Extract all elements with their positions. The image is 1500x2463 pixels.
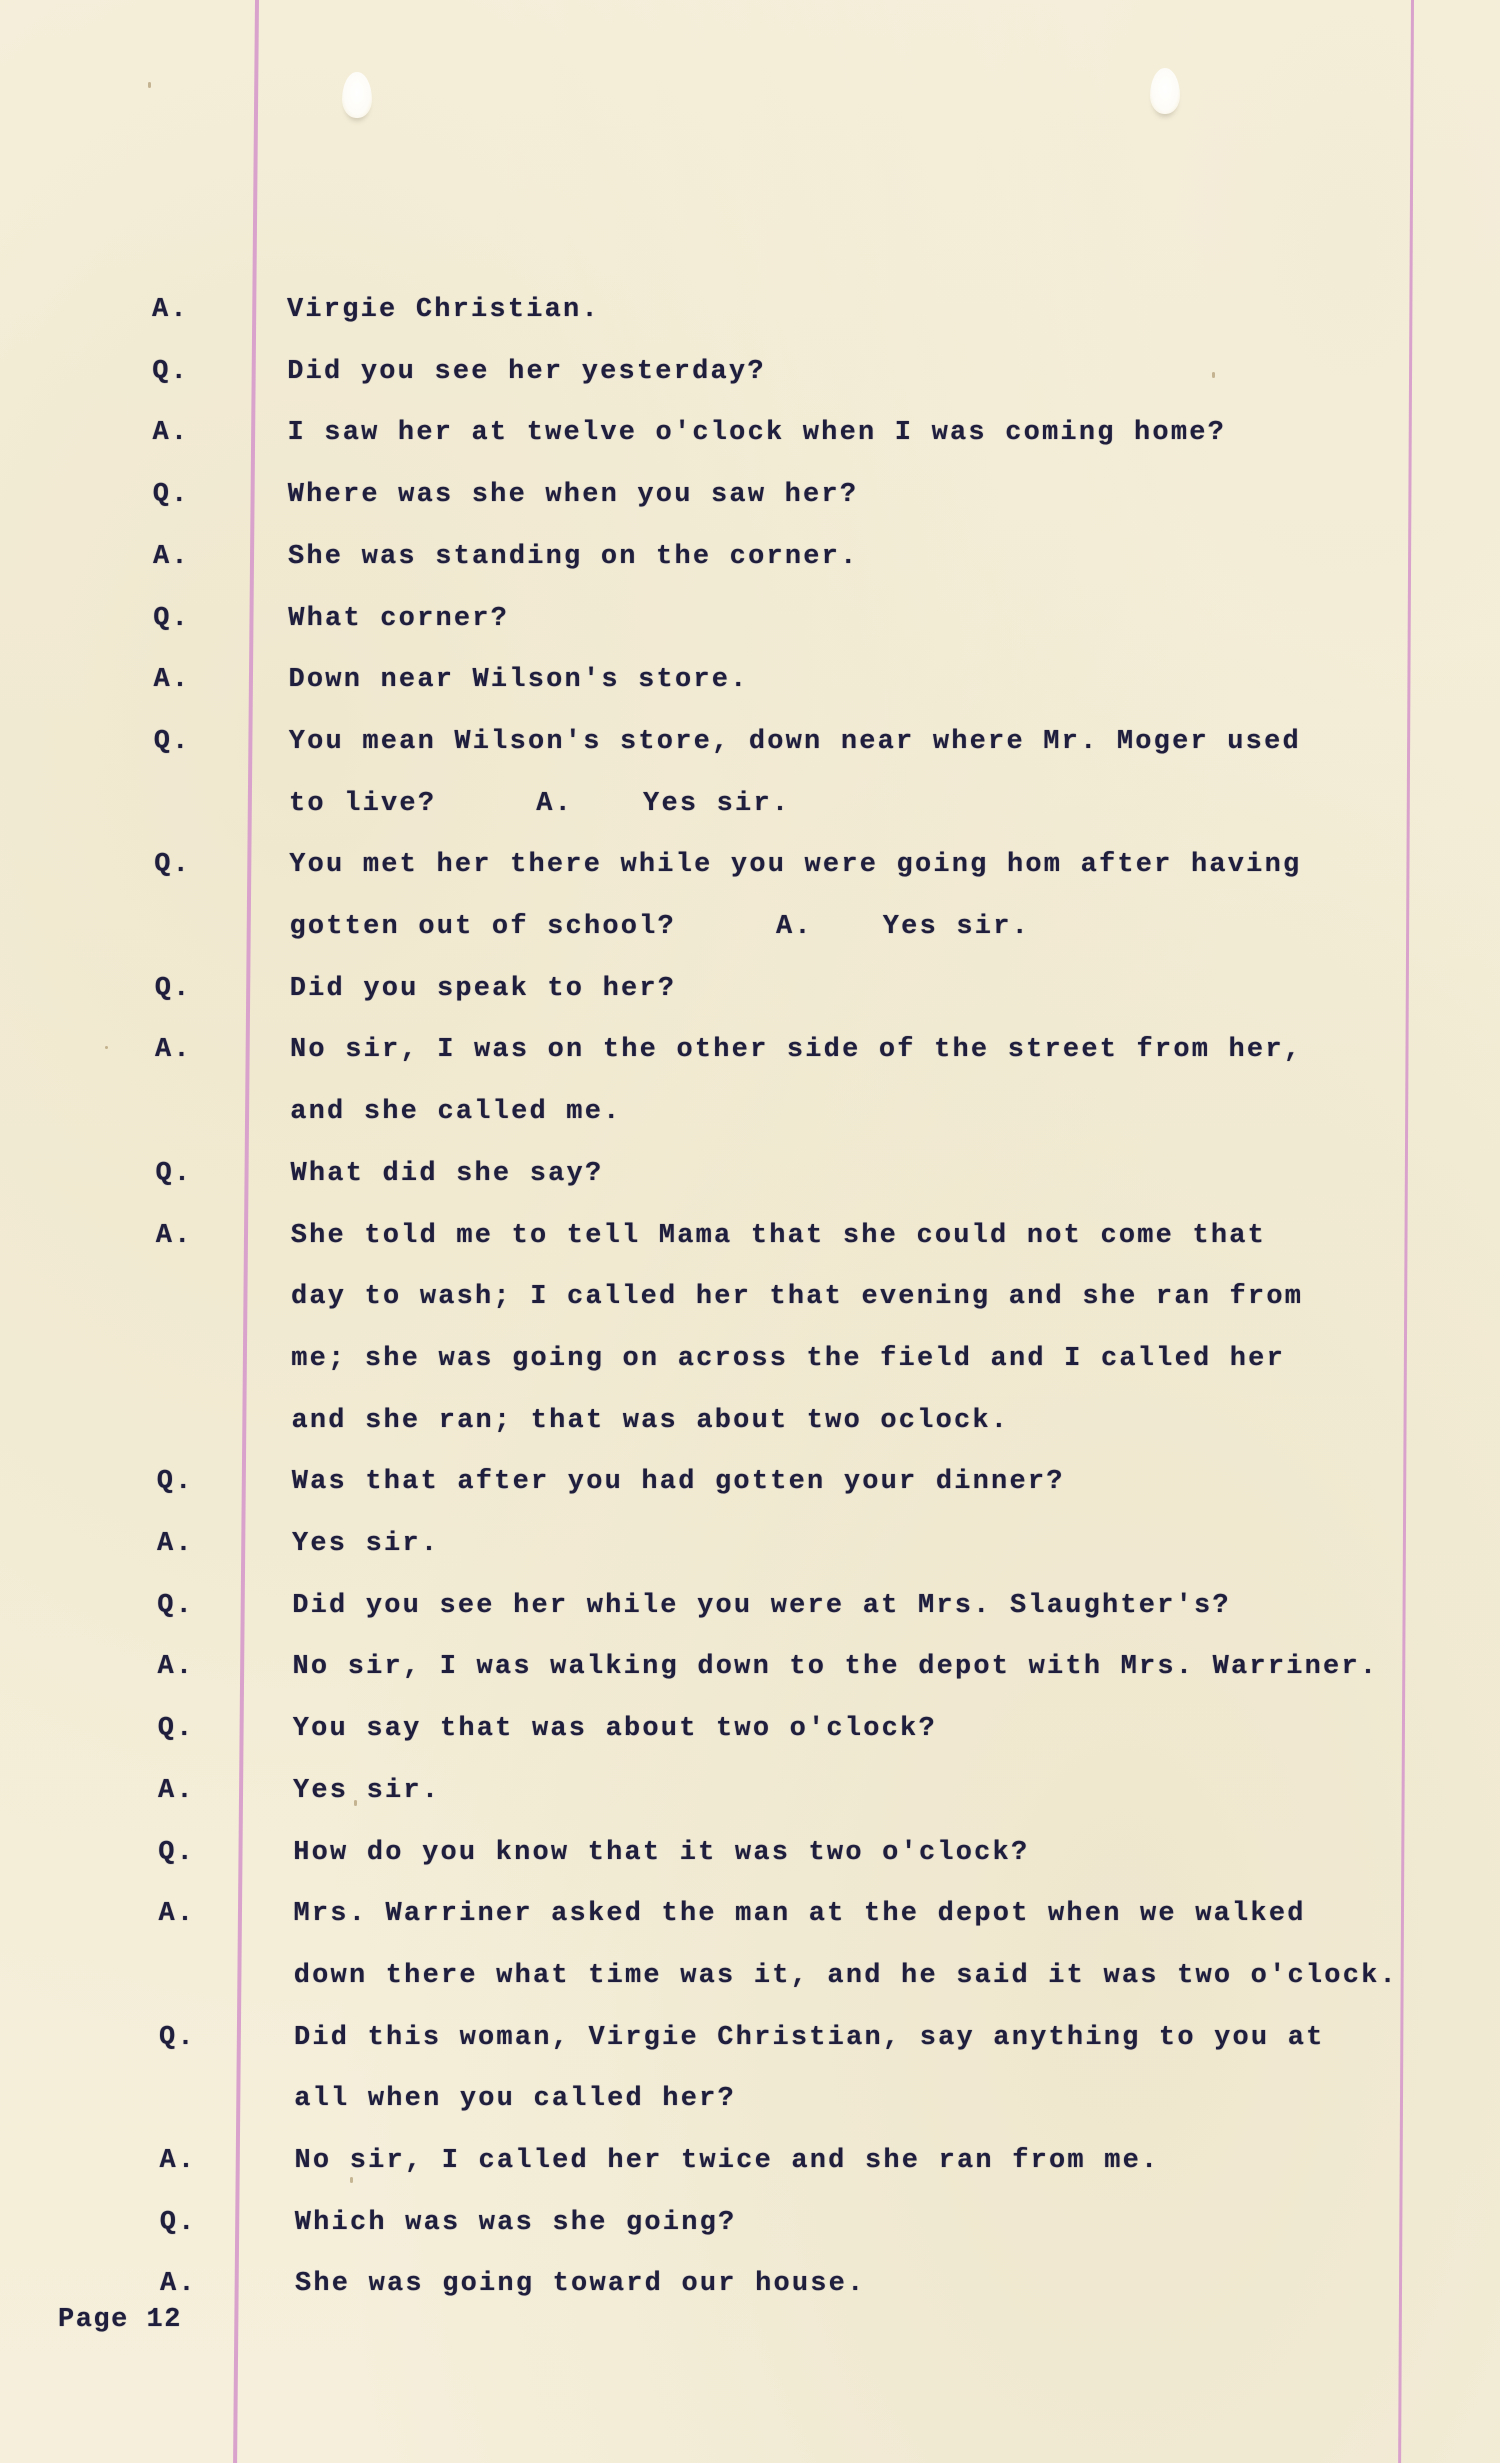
testimony-text: to live?A.Yes sir. (289, 784, 790, 824)
speaker-label: A. (160, 2264, 200, 2304)
answer-line: A.No sir, I was on the other side of the… (0, 1030, 1500, 1070)
testimony-text: and she ran; that was about two oclock. (292, 1401, 1010, 1441)
testimony-text: Was that after you had gotten your dinne… (292, 1462, 1065, 1502)
answer-line: and she called me. (0, 1092, 1500, 1132)
speaker-label: A. (157, 1524, 197, 1564)
question-line: all when you called her? (0, 2079, 1500, 2119)
line-text: gotten out of school? (290, 912, 676, 942)
line-text: You mean Wilson's store, down near where… (289, 727, 1301, 757)
testimony-text: me; she was going on across the field an… (291, 1339, 1285, 1379)
speaker-label: Q. (152, 352, 192, 392)
speaker-label: A. (153, 413, 193, 453)
line-text: How do you know that it was two o'clock? (293, 1838, 1029, 1868)
speaker-label: Q. (157, 1462, 197, 1502)
line-text: I saw her at twelve o'clock when I was c… (288, 418, 1227, 448)
line-text: day to wash; I called her that evening a… (291, 1282, 1303, 1312)
speaker-label: A. (158, 1647, 198, 1687)
inline-answer-text: Yes sir. (643, 784, 790, 824)
question-line: Q.What did she say? (0, 1154, 1500, 1194)
line-text: me; she was going on across the field an… (291, 1344, 1285, 1374)
line-text: and she called me. (290, 1097, 621, 1127)
testimony-text: No sir, I called her twice and she ran f… (295, 2141, 1160, 2181)
answer-line: A.Down near Wilson's store. (0, 660, 1500, 700)
speaker-label: Q. (159, 2018, 199, 2058)
testimony-text: No sir, I was walking down to the depot … (293, 1647, 1379, 1687)
question-line: Q.Did you speak to her? (0, 969, 1500, 1009)
testimony-text: Did you see her while you were at Mrs. S… (292, 1586, 1231, 1626)
testimony-text: You met her there while you were going h… (289, 845, 1301, 885)
line-text: What corner? (288, 604, 509, 634)
speaker-label: Q. (154, 722, 194, 762)
question-line: Q.Did this woman, Virgie Christian, say … (0, 2018, 1500, 2058)
question-line: Q.How do you know that it was two o'cloc… (0, 1833, 1500, 1873)
inline-answer-speaker: A. (776, 907, 813, 947)
speaker-label: A. (154, 660, 194, 700)
answer-line: day to wash; I called her that evening a… (0, 1277, 1500, 1317)
question-line: Q.What corner? (0, 599, 1500, 639)
testimony-text: Down near Wilson's store. (289, 660, 749, 700)
speaker-label: A. (159, 1894, 199, 1934)
line-text: Did you speak to her? (290, 974, 676, 1004)
testimony-text: day to wash; I called her that evening a… (291, 1277, 1303, 1317)
testimony-text: She was going toward our house. (295, 2264, 865, 2304)
testimony-text: gotten out of school?A.Yes sir. (290, 907, 1031, 947)
testimony-text: She told me to tell Mama that she could … (291, 1216, 1266, 1256)
speaker-label: A. (155, 1030, 195, 1070)
inline-answer-text: Yes sir. (883, 907, 1030, 947)
transcript-body: A.Virgie Christian.Q.Did you see her yes… (0, 0, 1500, 2463)
speaker-label: Q. (157, 1586, 197, 1626)
line-text: Was that after you had gotten your dinne… (292, 1467, 1065, 1497)
answer-line: A.She told me to tell Mama that she coul… (0, 1216, 1500, 1256)
line-text: She was standing on the corner. (288, 542, 858, 572)
testimony-text: Yes sir. (293, 1771, 440, 1811)
testimony-text: How do you know that it was two o'clock? (293, 1833, 1029, 1873)
testimony-text: She was standing on the corner. (288, 537, 858, 577)
speaker-label: A. (156, 1216, 196, 1256)
testimony-text: What corner? (288, 599, 509, 639)
question-line: Q.Was that after you had gotten your din… (0, 1462, 1500, 1502)
line-text: Down near Wilson's store. (289, 665, 749, 695)
answer-line: A.She was going toward our house. (0, 2264, 1500, 2304)
speaker-label: Q. (160, 2203, 200, 2243)
line-text: Did this woman, Virgie Christian, say an… (294, 2023, 1325, 2053)
question-line: Q.Did you see her yesterday? (0, 352, 1500, 392)
line-text: to live? (289, 789, 436, 819)
speaker-label: Q. (153, 475, 193, 515)
question-line: Q.Where was she when you saw her? (0, 475, 1500, 515)
line-text: and she ran; that was about two oclock. (292, 1406, 1010, 1436)
question-line: Q.You mean Wilson's store, down near whe… (0, 722, 1500, 762)
line-text: Did you see her while you were at Mrs. S… (292, 1591, 1231, 1621)
line-text: No sir, I was on the other side of the s… (290, 1035, 1302, 1065)
answer-line: A.Virgie Christian. (0, 290, 1500, 330)
question-line: gotten out of school?A.Yes sir. (0, 907, 1500, 947)
testimony-text: What did she say? (291, 1154, 604, 1194)
speaker-label: Q. (153, 599, 193, 639)
testimony-text: Mrs. Warriner asked the man at the depot… (294, 1894, 1306, 1934)
testimony-text: Did this woman, Virgie Christian, say an… (294, 2018, 1325, 2058)
testimony-text: Yes sir. (292, 1524, 439, 1564)
answer-line: A.Yes sir. (0, 1771, 1500, 1811)
line-text: Yes sir. (293, 1776, 440, 1806)
speaker-label: Q. (154, 845, 194, 885)
line-text: Where was she when you saw her? (288, 480, 858, 510)
answer-line: down there what time was it, and he said… (0, 1956, 1500, 1996)
testimony-text: and she called me. (290, 1092, 621, 1132)
testimony-text: No sir, I was on the other side of the s… (290, 1030, 1302, 1070)
testimony-text: Virgie Christian. (287, 290, 600, 330)
inline-answer-speaker: A. (536, 784, 573, 824)
page-number: Page 12 (58, 2303, 182, 2337)
question-line: Q.Did you see her while you were at Mrs.… (0, 1586, 1500, 1626)
line-text: You met her there while you were going h… (289, 850, 1301, 880)
speaker-label: A. (153, 537, 193, 577)
line-text: She was going toward our house. (295, 2269, 865, 2299)
testimony-text: I saw her at twelve o'clock when I was c… (288, 413, 1227, 453)
answer-line: A.I saw her at twelve o'clock when I was… (0, 413, 1500, 453)
speaker-label: Q. (158, 1709, 198, 1749)
line-text: Which was was she going? (295, 2208, 737, 2238)
answer-line: A.No sir, I called her twice and she ran… (0, 2141, 1500, 2181)
line-text: Virgie Christian. (287, 295, 600, 325)
speaker-label: A. (152, 290, 192, 330)
testimony-text: You say that was about two o'clock? (293, 1709, 937, 1749)
line-text: What did she say? (291, 1159, 604, 1189)
answer-line: A.She was standing on the corner. (0, 537, 1500, 577)
testimony-text: You mean Wilson's store, down near where… (289, 722, 1301, 762)
line-text: No sir, I called her twice and she ran f… (295, 2146, 1160, 2176)
line-text: down there what time was it, and he said… (294, 1961, 1398, 1991)
testimony-text: all when you called her? (294, 2079, 736, 2119)
speaker-label: Q. (155, 969, 195, 1009)
answer-line: A.No sir, I was walking down to the depo… (0, 1647, 1500, 1687)
answer-line: and she ran; that was about two oclock. (0, 1401, 1500, 1441)
question-line: Q.You say that was about two o'clock? (0, 1709, 1500, 1749)
testimony-text: Where was she when you saw her? (288, 475, 858, 515)
question-line: Q.Which was was she going? (0, 2203, 1500, 2243)
line-text: Mrs. Warriner asked the man at the depot… (294, 1899, 1306, 1929)
line-text: No sir, I was walking down to the depot … (293, 1652, 1379, 1682)
line-text: all when you called her? (294, 2084, 736, 2114)
answer-line: A.Mrs. Warriner asked the man at the dep… (0, 1894, 1500, 1934)
question-line: Q.You met her there while you were going… (0, 845, 1500, 885)
testimony-text: Did you see her yesterday? (287, 352, 765, 392)
question-line: to live?A.Yes sir. (0, 784, 1500, 824)
speaker-label: A. (158, 1771, 198, 1811)
speaker-label: A. (160, 2141, 200, 2181)
line-text: She told me to tell Mama that she could … (291, 1221, 1266, 1251)
line-text: Yes sir. (292, 1529, 439, 1559)
line-text: You say that was about two o'clock? (293, 1714, 937, 1744)
speaker-label: Q. (156, 1154, 196, 1194)
testimony-text: Which was was she going? (295, 2203, 737, 2243)
line-text: Did you see her yesterday? (287, 357, 765, 387)
answer-line: me; she was going on across the field an… (0, 1339, 1500, 1379)
answer-line: A.Yes sir. (0, 1524, 1500, 1564)
testimony-text: down there what time was it, and he said… (294, 1956, 1398, 1996)
speaker-label: Q. (158, 1833, 198, 1873)
testimony-text: Did you speak to her? (290, 969, 676, 1009)
